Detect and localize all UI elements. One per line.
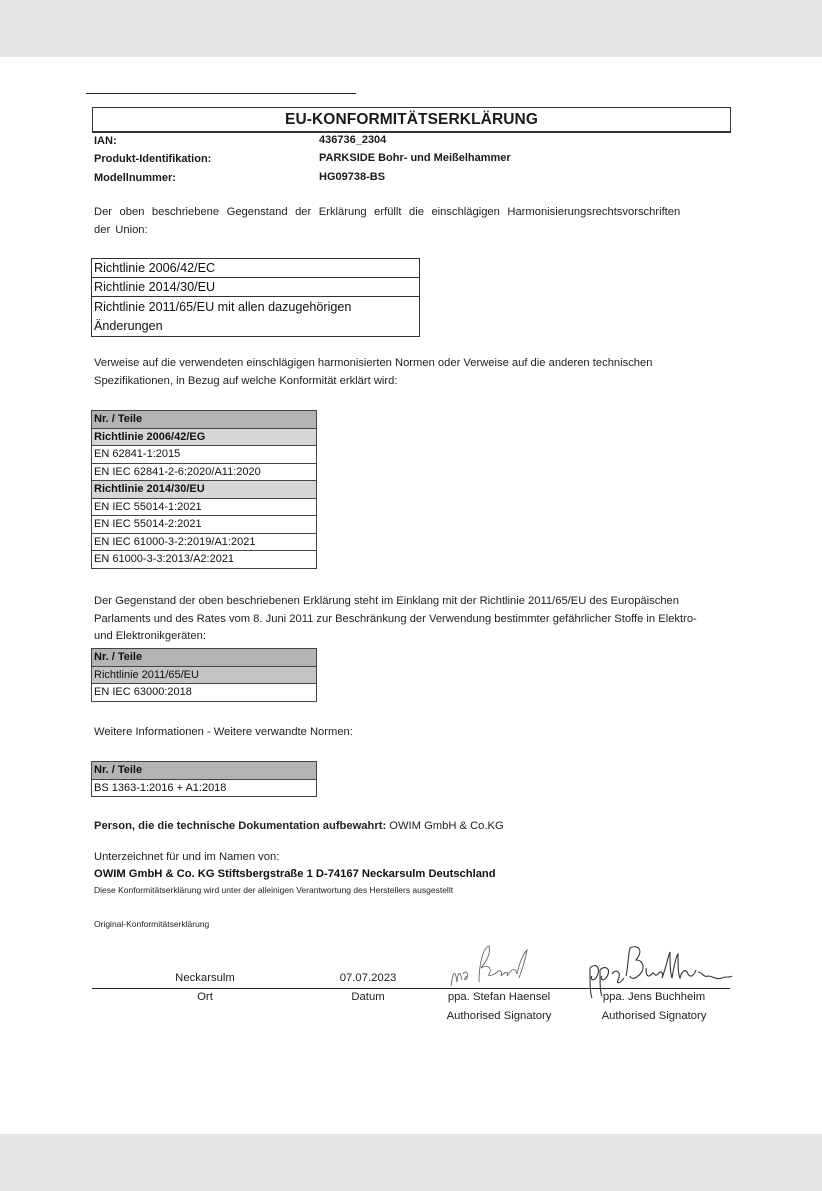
signature-date: 07.07.2023 — [318, 972, 418, 984]
standards-table: Nr. / TeileRichtlinie 2006/42/EGEN 62841… — [91, 410, 317, 569]
table-row: EN IEC 62841-2-6:2020/A11:2020 — [92, 463, 317, 481]
tech-doc-value: OWIM GmbH & Co.KG — [389, 820, 503, 832]
rohs-paragraph: Der Gegenstand der oben beschriebenen Er… — [94, 593, 734, 646]
table-cell: Richtlinie 2006/42/EG — [92, 428, 317, 446]
table-cell: EN IEC 63000:2018 — [92, 684, 317, 702]
document-title: EU-KONFORMITÄTSERKLÄRUNG — [92, 107, 731, 133]
table-cell: EN IEC 55014-2:2021 — [92, 516, 317, 534]
responsibility-note: Diese Konformitätserklärung wird unter d… — [94, 885, 453, 895]
signature-haensel-icon — [445, 942, 535, 992]
references-line-1: Verweise auf die verwendeten einschlägig… — [94, 355, 734, 373]
table-row: EN IEC 61000-3-2:2019/A1:2021 — [92, 533, 317, 551]
table-row: EN IEC 55014-1:2021 — [92, 498, 317, 516]
table-header-cell: Nr. / Teile — [92, 762, 317, 780]
header-rule — [86, 93, 356, 94]
original-note: Original-Konformitätserklärung — [94, 919, 209, 929]
directives-table: Richtlinie 2006/42/EC Richtlinie 2014/30… — [91, 258, 420, 337]
field-value-model: HG09738-BS — [319, 171, 385, 184]
signature-place: Neckarsulm — [150, 972, 260, 984]
intro-line-1: Der oben beschriebene Gegenstand der Erk… — [94, 204, 718, 222]
intro-line-2: der Union: — [94, 222, 718, 240]
table-row: EN 61000-3-3:2013/A2:2021 — [92, 551, 317, 569]
table-cell: BS 1363-1:2016 + A1:2018 — [92, 779, 317, 797]
table-row: EN 62841-1:2015 — [92, 446, 317, 464]
company-address: OWIM GmbH & Co. KG Stiftsbergstraße 1 D-… — [94, 866, 496, 884]
rohs-line-1: Der Gegenstand der oben beschriebenen Er… — [94, 593, 734, 611]
directive-row: Richtlinie 2006/42/EC — [92, 259, 420, 278]
table-cell: Richtlinie 2011/65/EU — [92, 666, 317, 684]
table-header-row: Nr. / Teile — [92, 762, 317, 780]
table-cell: Richtlinie 2014/30/EU — [92, 481, 317, 499]
field-value-product: PARKSIDE Bohr- und Meißelhammer — [319, 152, 511, 165]
field-value-ian: 436736_2304 — [319, 134, 386, 147]
rohs-line-2: Parlaments und des Rates vom 8. Juni 201… — [94, 611, 734, 629]
further-info-text: Weitere Informationen - Weitere verwandt… — [94, 724, 353, 742]
signatory-2-role: Authorised Signatory — [589, 1010, 719, 1022]
rohs-line-3: und Elektronikgeräten: — [94, 628, 734, 646]
table-header-cell: Nr. / Teile — [92, 649, 317, 667]
table-cell: EN 62841-1:2015 — [92, 446, 317, 464]
signatory-1-name: ppa. Stefan Haensel — [434, 991, 564, 1003]
intro-paragraph: Der oben beschriebene Gegenstand der Erk… — [94, 204, 718, 239]
signature-place-label: Ort — [150, 991, 260, 1003]
field-label-ian: IAN: — [94, 135, 117, 148]
table-section-row: Richtlinie 2006/42/EG — [92, 428, 317, 446]
signatory-2-name: ppa. Jens Buchheim — [589, 991, 719, 1003]
signatory-1-role: Authorised Signatory — [434, 1010, 564, 1022]
tech-doc-label: Person, die die technische Dokumentation… — [94, 820, 386, 832]
references-line-2: Spezifikationen, in Bezug auf welche Kon… — [94, 373, 734, 391]
field-label-model: Modellnummer: — [94, 172, 176, 185]
signed-for-text: Unterzeichnet für und im Namen von: — [94, 849, 279, 867]
table-cell: EN 61000-3-3:2013/A2:2021 — [92, 551, 317, 569]
field-label-product: Produkt-Identifikation: — [94, 153, 211, 166]
table-cell: EN IEC 62841-2-6:2020/A11:2020 — [92, 463, 317, 481]
directive-row: Richtlinie 2014/30/EU — [92, 278, 420, 297]
rohs-table: Nr. / TeileRichtlinie 2011/65/EUEN IEC 6… — [91, 648, 317, 702]
document-page: EU-KONFORMITÄTSERKLÄRUNG IAN: 436736_230… — [0, 57, 822, 1134]
table-row: EN IEC 55014-2:2021 — [92, 516, 317, 534]
table-cell: EN IEC 61000-3-2:2019/A1:2021 — [92, 533, 317, 551]
table-section-row: Richtlinie 2011/65/EU — [92, 666, 317, 684]
table-section-row: Richtlinie 2014/30/EU — [92, 481, 317, 499]
directive-row: Richtlinie 2011/65/EU mit allen dazugehö… — [92, 297, 420, 337]
references-paragraph: Verweise auf die verwendeten einschlägig… — [94, 355, 734, 390]
tech-doc-line: Person, die die technische Dokumentation… — [94, 818, 504, 836]
table-row: EN IEC 63000:2018 — [92, 684, 317, 702]
further-standards-table: Nr. / TeileBS 1363-1:2016 + A1:2018 — [91, 761, 317, 797]
table-header-row: Nr. / Teile — [92, 649, 317, 667]
signature-date-label: Datum — [318, 991, 418, 1003]
table-header-row: Nr. / Teile — [92, 411, 317, 429]
table-cell: EN IEC 55014-1:2021 — [92, 498, 317, 516]
table-header-cell: Nr. / Teile — [92, 411, 317, 429]
signature-rule — [92, 988, 730, 989]
table-row: BS 1363-1:2016 + A1:2018 — [92, 779, 317, 797]
